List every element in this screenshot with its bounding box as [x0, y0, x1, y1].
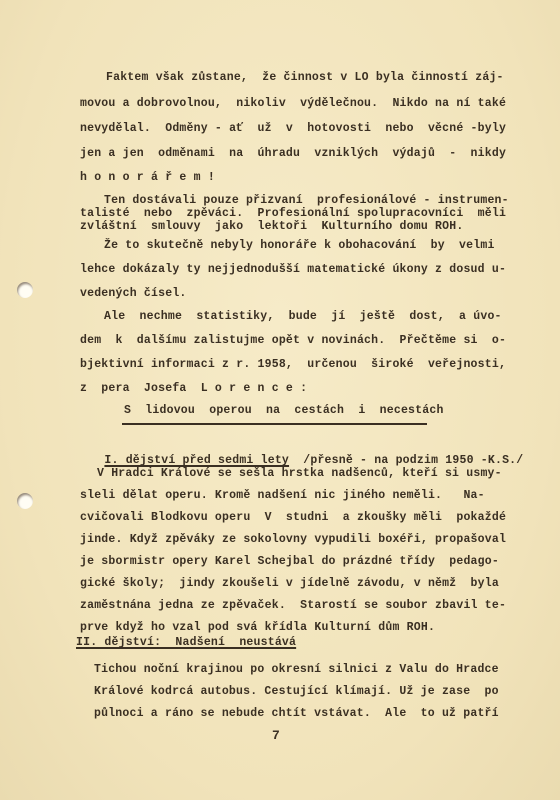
text-line: V Hradci Králové se sešla hrstka nadšenc… [97, 467, 483, 481]
text-line: půlnoci a ráno se nebude chtít vstávat. … [94, 707, 483, 721]
text-line: je sbormistr opery Karel Schejbal do prá… [80, 555, 483, 569]
text-line: movou a dobrovolnou, nikoliv výdělečnou.… [80, 97, 483, 111]
text-line: prve když ho vzal pod svá křídla Kulturn… [80, 621, 435, 635]
punch-hole-bottom [17, 493, 33, 509]
text-line: talisté nebo zpěváci. Profesionální spol… [80, 207, 487, 221]
text-line: jinde. Když zpěváky ze sokolovny vypudil… [80, 533, 483, 547]
text-line: sleli dělat operu. Kromě nadšení nic jin… [80, 489, 483, 503]
heading-rule [122, 423, 427, 425]
text-line: Ale nechme statistiky, bude jí ještě dos… [104, 310, 483, 324]
document-page: Faktem však zůstane, že činnost v LO byl… [0, 0, 560, 800]
text-line: Ten dostávali pouze přizvaní profesionál… [104, 194, 487, 208]
text-line: bjektivní informaci z r. 1958, určenou š… [80, 358, 483, 372]
text-line: gické školy; jindy zkoušeli v jídelně zá… [80, 577, 483, 591]
page-number: 7 [272, 728, 280, 743]
text-line: Faktem však zůstane, že činnost v LO byl… [106, 71, 483, 85]
text-line: Králové kodrcá autobus. Cestující klímaj… [94, 685, 483, 699]
text-line: vedených čísel. [80, 287, 187, 301]
text-line: dem k dalšímu zalistujme opět v novinách… [80, 334, 483, 348]
text-line: zaměstnána jedna ze zpěvaček. Starostí s… [80, 599, 483, 613]
text-line: jen a jen odměnami na úhradu vzniklých v… [80, 147, 483, 161]
text-line-emphasis: h o n o r á ř e m ! [80, 171, 215, 185]
section-1-note: /přesně - na podzim 1950 -K.S./ [303, 454, 523, 467]
text-line: Že to skutečně nebyly honoráře k obohaco… [104, 239, 483, 253]
text-line: z pera Josefa L o r e n c e : [80, 382, 307, 396]
punch-hole-top [17, 282, 33, 298]
article-heading: S lidovou operou na cestách i necestách [124, 404, 444, 418]
text-line: cvičovali Blodkovu operu V studni a zkou… [80, 511, 483, 525]
text-line: nevydělal. Odměny - ať už v hotovosti ne… [80, 122, 483, 136]
text-line: lehce dokázaly ty nejjednodušší matemati… [80, 263, 483, 277]
section-2-title: II. dějství: Nadšení neustává [76, 636, 296, 650]
text-line: Tichou noční krajinou po okresní silnici… [94, 663, 483, 677]
text-line: zvláštní smlouvy jako lektoři Kulturního… [80, 220, 463, 234]
section-1-title: I. dějství před sedmi lety [104, 454, 289, 467]
